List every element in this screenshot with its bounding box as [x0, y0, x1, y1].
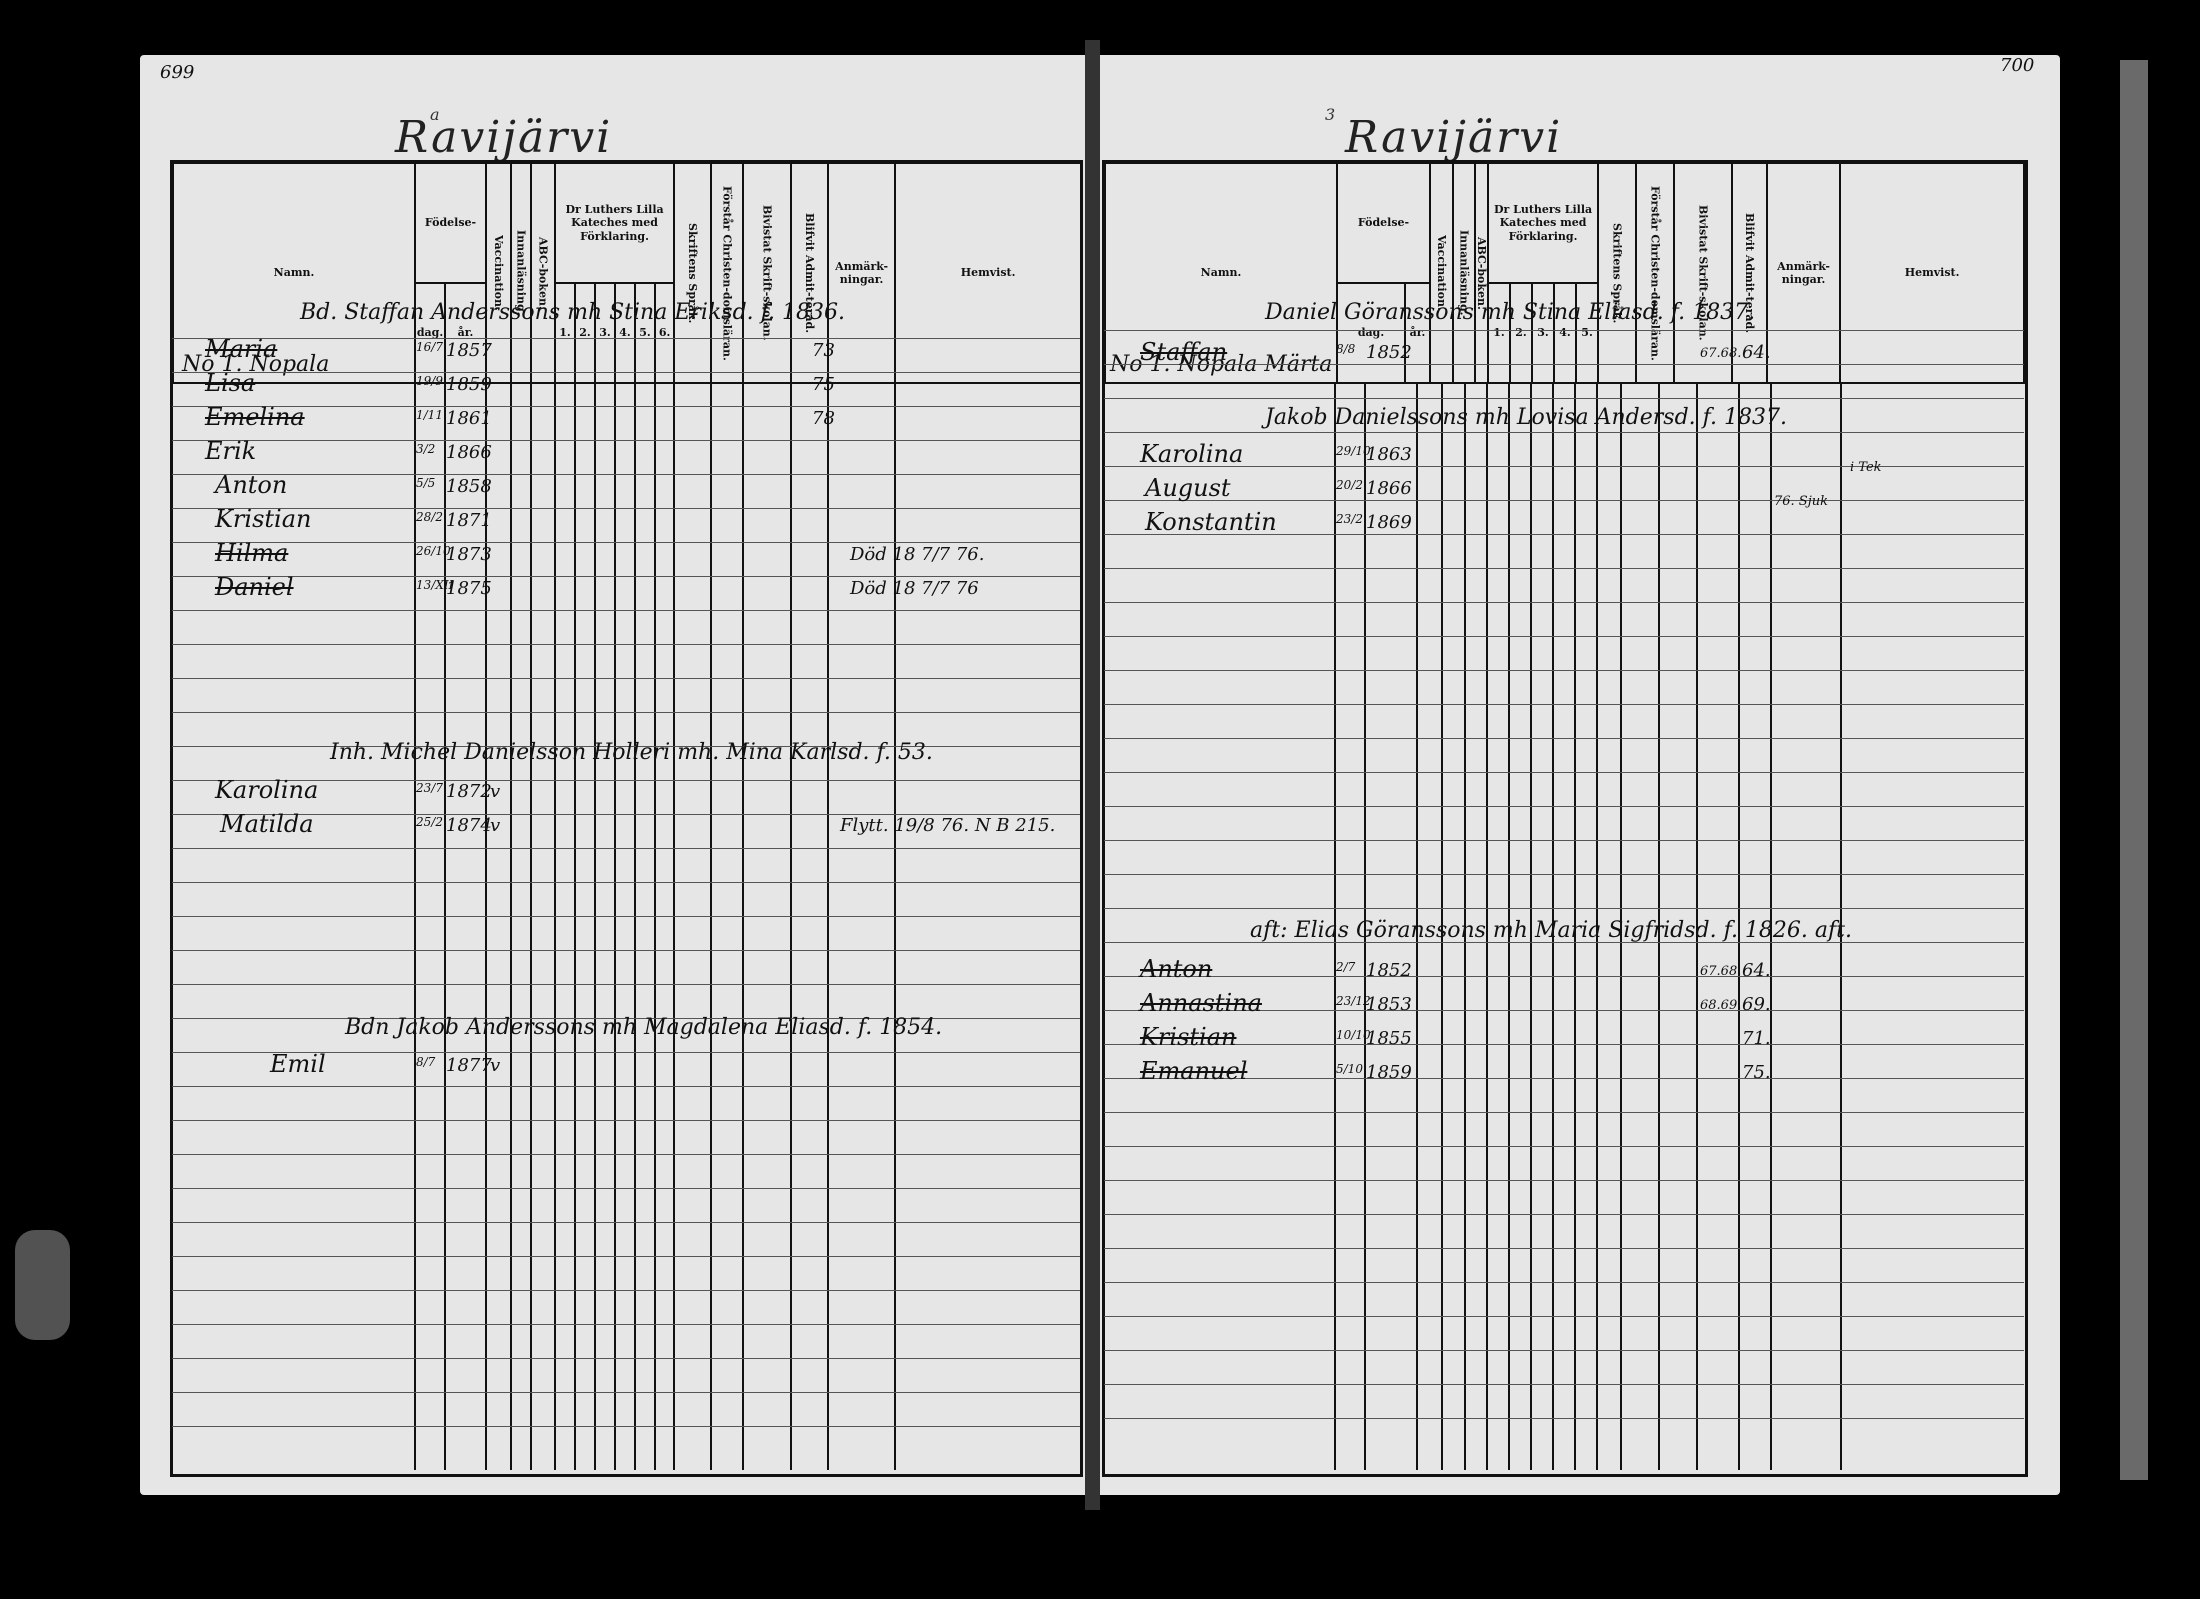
header-luther-1: 1.: [1488, 283, 1510, 383]
member-dob-year: 1857: [446, 340, 492, 361]
page-number-left: 699: [160, 62, 194, 83]
member-name: Emanuel: [1140, 1057, 1247, 1085]
header-innanlasning: Innanläsning.: [1453, 163, 1475, 383]
member-name: Anton: [215, 471, 287, 499]
header-anmarkningar: Anmärk-ningar.: [1767, 163, 1840, 383]
member-dob-year: 1877: [446, 1055, 492, 1076]
member-name: Konstantin: [1145, 508, 1277, 536]
village-title-left: Ravijärvi: [395, 112, 612, 163]
member-dob-year: 1858: [446, 476, 492, 497]
member-name: Staffan: [1140, 338, 1227, 366]
member-name: Matilda: [220, 810, 314, 838]
family-head-right-2: Jakob Danielssons mh Lovisa Andersd. f. …: [1265, 405, 1787, 430]
member-admitted: 64.: [1742, 960, 1771, 981]
member-dob-day: 20/2: [1336, 478, 1363, 492]
member-note: Död 18 7/7 76.: [850, 544, 984, 565]
family-head-left-3: Bdn Jakob Anderssons mh Magdalena Eliasd…: [345, 1015, 942, 1040]
member-dob-day: 19/9: [416, 374, 443, 388]
header-abc-boken: ABC-boken.: [531, 163, 555, 383]
member-dob-year: 1855: [1366, 1028, 1412, 1049]
header-hemvist: Hemvist.: [1840, 163, 2024, 383]
header-abc-boken: ABC-boken.: [1475, 163, 1488, 383]
member-name: Lisa: [205, 369, 255, 397]
header-luther-6: 6.: [655, 283, 674, 383]
header-forstar: Förstår Christen-domsläran.: [711, 163, 743, 383]
village-superscript-left: a: [430, 105, 440, 124]
member-dob-day: 23/2: [1336, 512, 1363, 526]
header-luther-1: 1.: [555, 283, 575, 383]
member-name: August: [1145, 474, 1231, 502]
member-dob-day: 23/7: [416, 781, 443, 795]
member-name: Daniel: [215, 573, 294, 601]
member-note: i Tek: [1850, 460, 1882, 475]
member-name: Karolina: [215, 776, 318, 804]
village-superscript-right: 3: [1325, 105, 1335, 124]
header-fodelse: Födelse-: [1337, 163, 1430, 283]
member-note: Död 18 7/7 76: [850, 578, 979, 599]
header-skriftens-sprak: Skriftens Språk.: [1598, 163, 1636, 383]
member-dob-year: 1873: [446, 544, 492, 565]
family-head-right-1: Daniel Göranssons mh Stina Eliasd. f. 18…: [1265, 300, 1755, 325]
header-luther-5: 5.: [1576, 283, 1598, 383]
header-luther: Dr Luthers Lilla Kateches med Förklaring…: [555, 163, 674, 283]
member-dob-year: 1859: [1366, 1062, 1412, 1083]
member-dob-year: 1863: [1366, 444, 1412, 465]
member-dob-year: 1859: [446, 374, 492, 395]
header-luther-4: 4.: [615, 283, 635, 383]
member-name: Kristian: [215, 505, 311, 533]
member-dob-day: 28/2: [416, 510, 443, 524]
member-name: Karolina: [1140, 440, 1243, 468]
header-ar: år.: [1405, 283, 1430, 383]
member-dob-year: 1872: [446, 781, 492, 802]
header-anmarkningar: Anmärk-ningar.: [828, 163, 895, 383]
page-edge-right: [2120, 60, 2148, 1480]
member-vacc: v: [490, 781, 500, 802]
header-ar: år.: [445, 283, 486, 383]
member-dob-day: 8/7: [416, 1055, 435, 1069]
header-innanlasning: Innanläsning.: [511, 163, 531, 383]
member-admitted: 75.: [1742, 1062, 1771, 1083]
header-vaccination: Vaccination.: [1430, 163, 1453, 383]
family-head-left-2: Inh. Michel Danielsson Holleri mh. Mina …: [330, 740, 933, 765]
member-dob-day: 2/7: [1336, 960, 1355, 974]
header-right: Namn. No 1. Nopala Märta Födelse- Vaccin…: [1104, 162, 2025, 384]
family-head-left-1: Bd. Staffan Anderssons mh Stina Eriksd. …: [300, 300, 845, 325]
member-note: Flytt. 19/8 76. N B 215.: [840, 815, 1055, 836]
member-dob-day: 16/7: [416, 340, 443, 354]
member-dob-day: 5/5: [416, 476, 435, 490]
family-head-right-3: aft: Elias Göranssons mh Maria Sigfridsd…: [1250, 918, 1852, 943]
scan-smudge: [15, 1230, 70, 1340]
member-admitted: 71.: [1742, 1028, 1771, 1049]
member-dob-year: 1866: [446, 442, 492, 463]
header-luther-2: 2.: [575, 283, 595, 383]
member-admitted: 75: [812, 374, 835, 395]
member-dob-year: 1871: [446, 510, 492, 531]
member-bivistat: 68.69.: [1700, 998, 1741, 1013]
member-dob-year: 1853: [1366, 994, 1412, 1015]
member-admitted: 73: [812, 340, 835, 361]
member-dob-year: 1869: [1366, 512, 1412, 533]
header-dag: dag.: [1337, 283, 1405, 383]
member-name: Erik: [205, 437, 256, 465]
member-bivistat: 67.68.: [1700, 346, 1741, 361]
member-dob-day: 5/10: [1336, 1062, 1363, 1076]
member-dob-year: 1861: [446, 408, 492, 429]
village-title-right: Ravijärvi: [1345, 112, 1562, 163]
page-number-right: 700: [2000, 55, 2034, 76]
header-forstar: Förstår Christen-domsläran.: [1636, 163, 1674, 383]
member-dob-year: 1852: [1366, 342, 1412, 363]
header-dag: dag.: [415, 283, 445, 383]
member-vacc: v: [490, 815, 500, 836]
member-dob-year: 1875: [446, 578, 492, 599]
member-name: Emil: [270, 1050, 326, 1078]
member-name: Kristian: [1140, 1023, 1236, 1051]
member-vacc: v: [490, 1055, 500, 1076]
header-hemvist: Hemvist.: [895, 163, 1081, 383]
header-skriftens-sprak: Skriftens Språk.: [674, 163, 711, 383]
header-left: Namn. No 1. Nopala Födelse- Vaccination.…: [172, 162, 1082, 384]
member-dob-year: 1874: [446, 815, 492, 836]
member-dob-year: 1852: [1366, 960, 1412, 981]
header-fodelse: Födelse-: [415, 163, 486, 283]
member-note: 76. Sjuk: [1774, 494, 1828, 509]
header-luther-5: 5.: [635, 283, 655, 383]
header-luther-3: 3.: [1532, 283, 1554, 383]
member-admitted: 64.: [1742, 342, 1771, 363]
member-dob-day: 1/11: [416, 408, 443, 422]
member-name: Annastina: [1140, 989, 1262, 1017]
header-luther-2: 2.: [1510, 283, 1532, 383]
member-name: Anton: [1140, 955, 1212, 983]
member-bivistat: 67.68.: [1700, 964, 1741, 979]
member-admitted: 78: [812, 408, 835, 429]
member-name: Emelina: [205, 403, 305, 431]
member-admitted: 69.: [1742, 994, 1771, 1015]
header-bivistat: Bivistat Skrift-skolan.: [743, 163, 791, 383]
member-dob-day: 3/2: [416, 442, 435, 456]
member-dob-day: 25/2: [416, 815, 443, 829]
member-name: Hilma: [215, 539, 288, 567]
member-dob-year: 1866: [1366, 478, 1412, 499]
header-luther: Dr Luthers Lilla Kateches med Förklaring…: [1488, 163, 1598, 283]
member-name: Maria: [205, 335, 277, 363]
header-luther-4: 4.: [1554, 283, 1576, 383]
book-spine: [1085, 40, 1100, 1510]
header-luther-3: 3.: [595, 283, 615, 383]
member-dob-day: 8/8: [1336, 342, 1355, 356]
